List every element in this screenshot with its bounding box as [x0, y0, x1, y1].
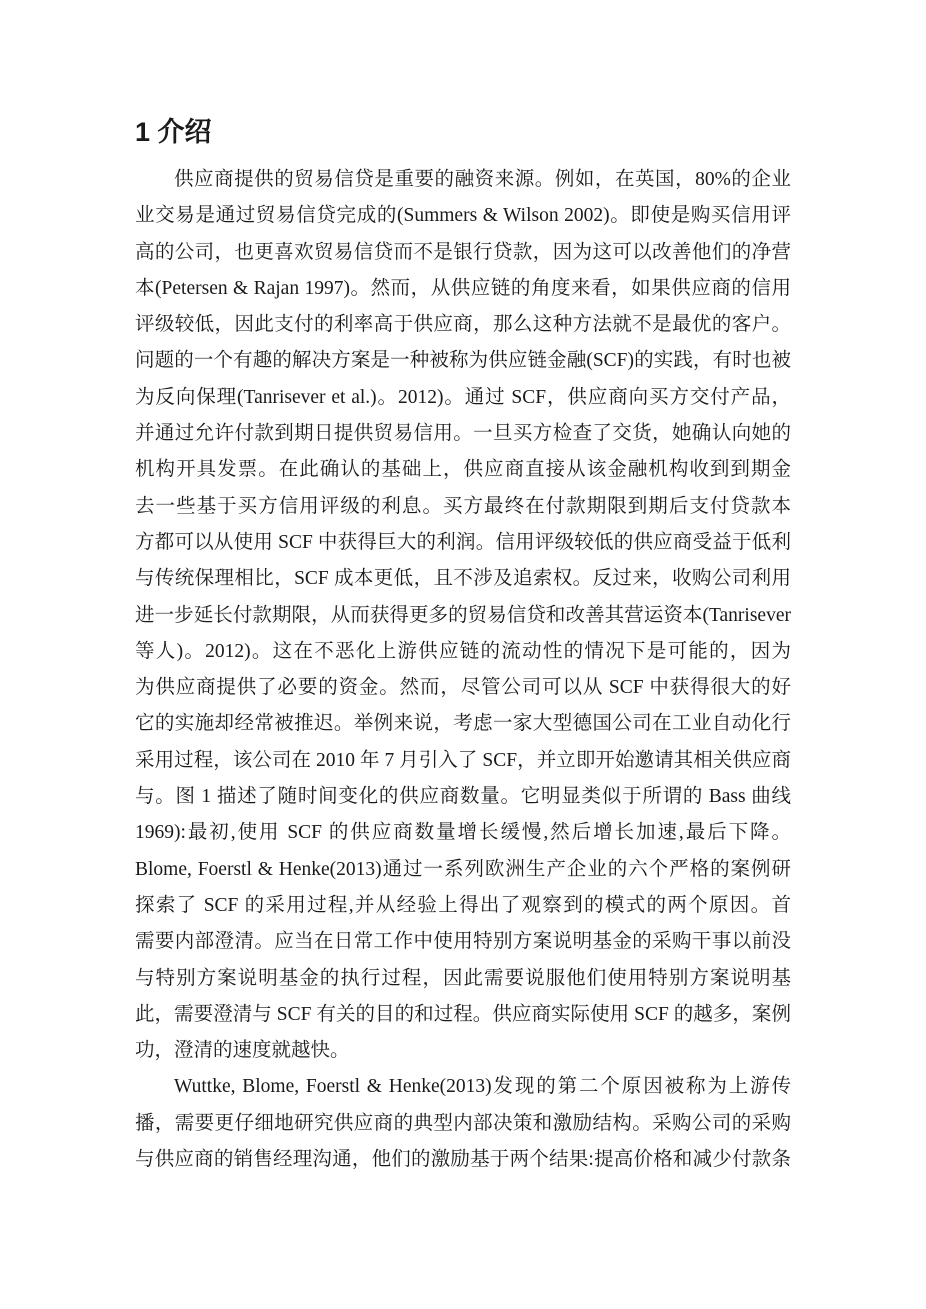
text-line: 与供应商的销售经理沟通，他们的激励基于两个结果:提高价格和减少付款条件。: [135, 1142, 791, 1178]
document-page: 1 介绍 供应商提供的贸易信贷是重要的融资来源。例如，在英国，80%的企业对企业…: [0, 0, 926, 1309]
text-line: 与传统保理相比，SCF 成本更低，且不涉及追索权。反过来，收购公司利用 SCF: [135, 561, 791, 597]
text-line: 问题的一个有趣的解决方案是一种被称为供应链金融(SCF)的实践，有时也被称: [135, 343, 791, 379]
text-line: 采用过程，该公司在 2010 年 7 月引入了 SCF，并立即开始邀请其相关供应…: [135, 743, 791, 779]
text-line: 等人)。2012)。这在不恶化上游供应链的流动性的情况下是可能的，因为 SCF: [135, 634, 791, 670]
text-line: 此，需要澄清与 SCF 有关的目的和过程。供应商实际使用 SCF 的越多，案例越…: [135, 997, 791, 1033]
text-line: 评级较低，因此支付的利率高于供应商，那么这种方法就不是最优的客户。对此: [135, 307, 791, 343]
text-line: 本(Petersen & Rajan 1997)。然而，从供应链的角度来看，如果…: [135, 271, 791, 307]
text-line: 机构开具发票。在此确认的基础上，供应商直接从该金融机构收到到期金额，减: [135, 452, 791, 488]
text-line: 播，需要更仔细地研究供应商的典型内部决策和激励结构。采购公司的采购经理: [135, 1106, 791, 1142]
text-line: 与。图 1 描述了随时间变化的供应商数量。它明显类似于所谓的 Bass 曲线(B…: [135, 779, 791, 815]
document-content: 1 介绍 供应商提供的贸易信贷是重要的融资来源。例如，在英国，80%的企业对企业…: [135, 116, 791, 1178]
text-line: 并通过允许付款到期日提供贸易信用。一旦买方检查了交货，她确认向她的金融: [135, 416, 791, 452]
text-line: 高的公司，也更喜欢贸易信贷而不是银行贷款，因为这可以改善他们的净营运资: [135, 235, 791, 271]
text-line: 功，澄清的速度就越快。: [135, 1033, 791, 1069]
text-line: 需要内部澄清。应当在日常工作中使用特别方案说明基金的采购干事以前没有参: [135, 924, 791, 960]
paragraph: Wuttke, Blome, Foerstl & Henke(2013)发现的第…: [135, 1069, 791, 1178]
text-line: 为供应商提供了必要的资金。然而，尽管公司可以从 SCF 中获得很大的好处，但: [135, 670, 791, 706]
text-line: 为反向保理(Tanrisever et al.)。2012)。通过 SCF，供应…: [135, 380, 791, 416]
text-line: 它的实施却经常被推迟。举例来说，考虑一家大型德国公司在工业自动化行业的: [135, 706, 791, 742]
text-line: 与特别方案说明基金的执行过程，因此需要说服他们使用特别方案说明基金。因: [135, 961, 791, 997]
text-line: 进一步延长付款期限，从而获得更多的贸易信贷和改善其营运资本(Tanrisever: [135, 598, 791, 634]
text-line: 方都可以从使用 SCF 中获得巨大的利润。信用评级较低的供应商受益于低利率。: [135, 525, 791, 561]
text-line: 供应商提供的贸易信贷是重要的融资来源。例如，在英国，80%的企业对企: [135, 162, 791, 198]
text-line: Wuttke, Blome, Foerstl & Henke(2013)发现的第…: [135, 1069, 791, 1105]
text-line: 去一些基于买方信用评级的利息。买方最终在付款期限到期后支付贷款本金。双: [135, 489, 791, 525]
text-line: Blome, Foerstl & Henke(2013)通过一系列欧洲生产企业的…: [135, 852, 791, 888]
text-line: 探索了 SCF 的采用过程,并从经验上得出了观察到的模式的两个原因。首先,SCF: [135, 888, 791, 924]
paragraph: 供应商提供的贸易信贷是重要的融资来源。例如，在英国，80%的企业对企业交易是通过…: [135, 162, 791, 1069]
text-line: 业交易是通过贸易信贷完成的(Summers & Wilson 2002)。即使是…: [135, 198, 791, 234]
text-line: 1969):最初,使用 SCF 的供应商数量增长缓慢,然后增长加速,最后下降。W…: [135, 815, 791, 851]
section-heading: 1 介绍: [135, 116, 791, 148]
document-body: 供应商提供的贸易信贷是重要的融资来源。例如，在英国，80%的企业对企业交易是通过…: [135, 162, 791, 1178]
